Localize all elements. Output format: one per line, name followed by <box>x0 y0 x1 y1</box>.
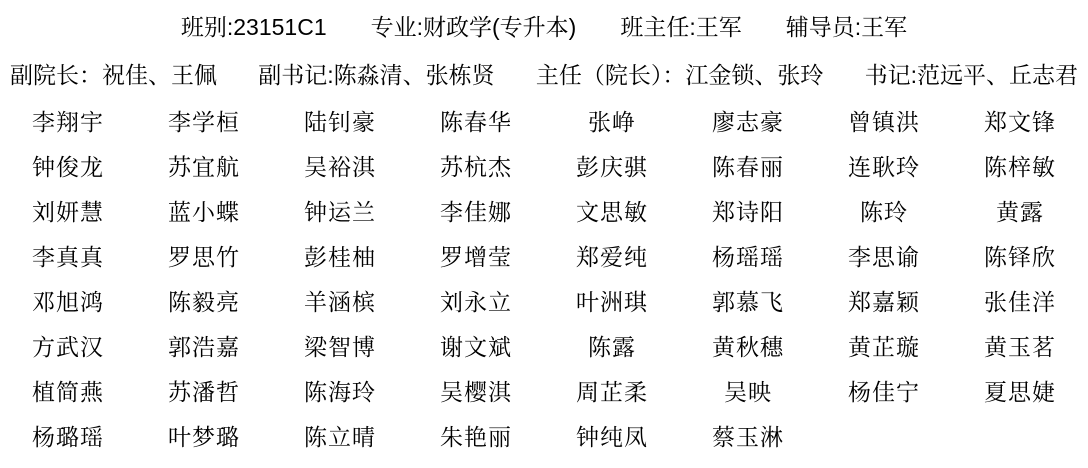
staff-info-item: 书记:范远平、丘志君 <box>865 57 1078 90</box>
student-name: 李思谕 <box>816 233 952 278</box>
staff-info-item: 副院长：祝佳、王佩 <box>10 57 217 90</box>
student-name: 陈立晴 <box>272 413 408 458</box>
student-name: 谢文斌 <box>408 323 544 368</box>
student-name: 吴樱淇 <box>408 368 544 413</box>
student-name: 钟纯凤 <box>544 413 680 458</box>
student-name: 陈春华 <box>408 98 544 143</box>
student-name: 李佳娜 <box>408 188 544 233</box>
student-name: 钟运兰 <box>272 188 408 233</box>
class-info-item: 班别:23151C1 <box>181 9 327 42</box>
student-name: 苏潘哲 <box>136 368 272 413</box>
student-name: 李翔宇 <box>0 98 136 143</box>
student-name: 郑嘉颖 <box>816 278 952 323</box>
student-name: 陈春丽 <box>680 143 816 188</box>
student-name: 刘妍慧 <box>0 188 136 233</box>
student-name: 苏杭杰 <box>408 143 544 188</box>
class-info-line: 班别:23151C1专业:财政学(专升本)班主任:王军辅导员:王军 <box>0 0 1088 40</box>
student-name: 吴映 <box>680 368 816 413</box>
student-name: 郑文锋 <box>952 98 1088 143</box>
student-name: 梁智博 <box>272 323 408 368</box>
student-name: 彭庆骐 <box>544 143 680 188</box>
staff-info-item: 副书记:陈淼清、张栋贤 <box>258 57 494 90</box>
student-name: 钟俊龙 <box>0 143 136 188</box>
student-name: 陆钊豪 <box>272 98 408 143</box>
student-name: 郭慕飞 <box>680 278 816 323</box>
student-name: 黄秋穗 <box>680 323 816 368</box>
student-name: 杨佳宁 <box>816 368 952 413</box>
student-name: 邓旭鸿 <box>0 278 136 323</box>
student-name: 刘永立 <box>408 278 544 323</box>
student-name: 曾镇洪 <box>816 98 952 143</box>
student-name: 方武汉 <box>0 323 136 368</box>
student-name: 郑诗阳 <box>680 188 816 233</box>
student-name: 羊涵槟 <box>272 278 408 323</box>
student-name: 夏思婕 <box>952 368 1088 413</box>
student-name: 黄玉茗 <box>952 323 1088 368</box>
staff-info-item: 主任（院长）：江金锁、张玲 <box>536 57 824 90</box>
student-name: 郭浩嘉 <box>136 323 272 368</box>
student-name: 植简燕 <box>0 368 136 413</box>
student-name: 苏宜航 <box>136 143 272 188</box>
student-name: 罗思竹 <box>136 233 272 278</box>
student-name: 陈玲 <box>816 188 952 233</box>
staff-info-line: 副院长：祝佳、王佩副书记:陈淼清、张栋贤主任（院长）：江金锁、张玲书记:范远平、… <box>0 58 1088 88</box>
student-name: 陈毅亮 <box>136 278 272 323</box>
student-name: 黄芷璇 <box>816 323 952 368</box>
student-name: 陈梓敏 <box>952 143 1088 188</box>
student-name: 杨璐瑶 <box>0 413 136 458</box>
student-name: 廖志豪 <box>680 98 816 143</box>
class-roster-page: 班别:23151C1专业:财政学(专升本)班主任:王军辅导员:王军 副院长：祝佳… <box>0 0 1088 468</box>
student-name: 周芷柔 <box>544 368 680 413</box>
student-name: 黄露 <box>952 188 1088 233</box>
class-info-item: 专业:财政学(专升本) <box>371 9 577 42</box>
class-info-item: 辅导员:王军 <box>786 9 907 42</box>
student-name: 陈露 <box>544 323 680 368</box>
student-name: 蔡玉淋 <box>680 413 816 458</box>
student-name: 蓝小蝶 <box>136 188 272 233</box>
student-name: 张佳洋 <box>952 278 1088 323</box>
student-name: 叶洲琪 <box>544 278 680 323</box>
student-name-grid: 李翔宇李学桓陆钊豪陈春华张峥廖志豪曾镇洪郑文锋钟俊龙苏宜航吴裕淇苏杭杰彭庆骐陈春… <box>0 98 1088 458</box>
student-name: 罗增莹 <box>408 233 544 278</box>
student-name: 彭桂柚 <box>272 233 408 278</box>
student-name: 郑爱纯 <box>544 233 680 278</box>
student-name: 文思敏 <box>544 188 680 233</box>
student-name: 李学桓 <box>136 98 272 143</box>
student-name: 叶梦璐 <box>136 413 272 458</box>
student-name: 张峥 <box>544 98 680 143</box>
student-name: 杨瑶瑶 <box>680 233 816 278</box>
student-name: 朱艳丽 <box>408 413 544 458</box>
student-name: 陈海玲 <box>272 368 408 413</box>
class-info-item: 班主任:王军 <box>620 9 741 42</box>
student-name: 连耿玲 <box>816 143 952 188</box>
student-name: 吴裕淇 <box>272 143 408 188</box>
student-name: 陈铎欣 <box>952 233 1088 278</box>
student-name: 李真真 <box>0 233 136 278</box>
